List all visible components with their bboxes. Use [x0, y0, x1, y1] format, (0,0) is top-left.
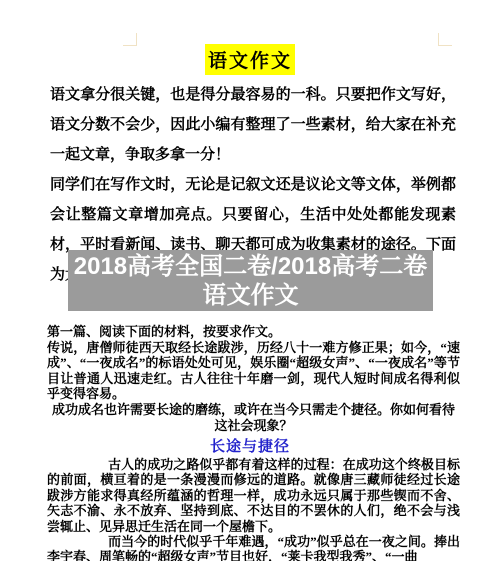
essay-paragraph-1: 古人的成功之路似乎都有着这样的过程：在成功这个终极目标的前面，横亘着的是一条漫漫…: [47, 457, 460, 534]
document-title-row: 语文作文: [0, 44, 500, 75]
essay-paragraph-2: 而当今的时代似乎千年难遇，“成功”似乎总在一夜之间。捧出李宇春、周笔畅的“超级女…: [47, 534, 460, 561]
prompt-heading: 第一篇、阅读下面的材料，按要求作文。: [47, 324, 460, 340]
essay-body-section: 古人的成功之路似乎都有着这样的过程：在成功这个终极目标的前面，横亘着的是一条漫漫…: [47, 457, 460, 561]
essay-title: 长途与捷径: [0, 435, 500, 456]
prompt-paragraph-2: 成功成名也许需要长途的磨练，或许在当今只需走个捷径。你如何看待这社会现象？: [47, 402, 460, 433]
intro-paragraph-1: 语文拿分很关键，也是得分最容易的一科。只要把作文写好，语文分数不会少，因此小编有…: [50, 80, 456, 170]
caption-overlay-banner: 2018高考全国二卷/2018高考二卷 语文作文: [68, 250, 433, 311]
document-title-highlighted: 语文作文: [205, 44, 295, 75]
caption-overlay-line2: 语文作文: [203, 281, 299, 310]
caption-overlay-line1: 2018高考全国二卷/2018高考二卷: [74, 252, 427, 281]
prompt-paragraph-1: 传说，唐僧师徒西天取经长途跋涉，历经八十一难方修正果；如今，“速成”、“一夜成名…: [47, 340, 460, 402]
document-page: 语文作文 语文拿分很关键，也是得分最容易的一科。只要把作文写好，语文分数不会少，…: [0, 0, 500, 561]
essay-prompt-section: 第一篇、阅读下面的材料，按要求作文。 传说，唐僧师徒西天取经长途跋涉，历经八十一…: [47, 324, 460, 433]
